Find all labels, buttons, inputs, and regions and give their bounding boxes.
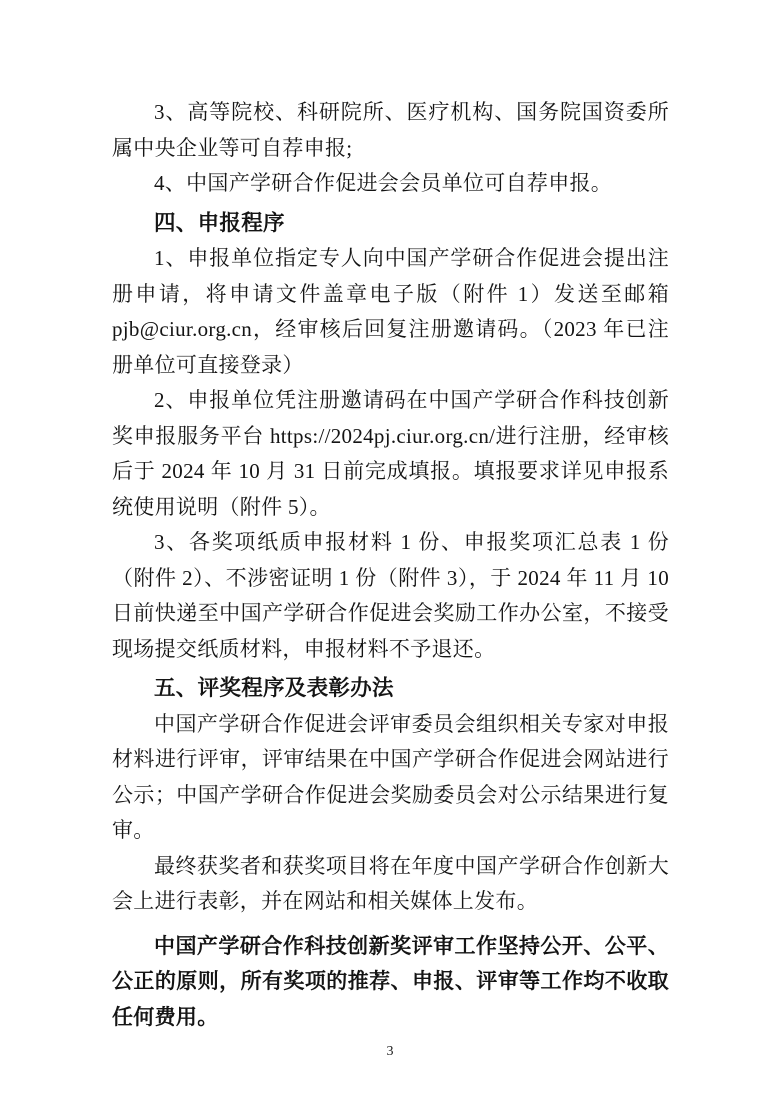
- page-footer: 3: [0, 1042, 780, 1062]
- paragraph-evaluation-process: 中国产学研合作促进会评审委员会组织相关专家对申报材料进行评审，评审结果在中国产学…: [112, 707, 669, 849]
- paragraph-step-2-platform-filing: 2、申报单位凭注册邀请码在中国产学研合作科技创新奖申报服务平台 https://…: [112, 383, 669, 525]
- section-heading-evaluation-commendation: 五、评奖程序及表彰办法: [112, 671, 669, 707]
- paragraph-step-3-paper-materials: 3、各奖项纸质申报材料 1 份、申报奖项汇总表 1 份（附件 2）、不涉密证明 …: [112, 525, 669, 667]
- paragraph-item-3-self-nomination: 3、高等院校、科研院所、医疗机构、国务院国资委所属中央企业等可自荐申报;: [112, 95, 669, 166]
- page-number: 3: [387, 1044, 394, 1059]
- paragraph-step-1-registration: 1、申报单位指定专人向中国产学研合作促进会提出注册申请，将申请文件盖章电子版（附…: [112, 241, 669, 383]
- document-page: 3、高等院校、科研院所、医疗机构、国务院国资委所属中央企业等可自荐申报; 4、中…: [0, 0, 780, 1102]
- paragraph-item-4-member-units: 4、中国产学研合作促进会会员单位可自荐申报。: [112, 166, 669, 202]
- section-heading-application-procedure: 四、申报程序: [112, 206, 669, 242]
- paragraph-award-announcement: 最终获奖者和获奖项目将在年度中国产学研合作创新大会上进行表彰，并在网站和相关媒体…: [112, 849, 669, 920]
- document-body: 3、高等院校、科研院所、医疗机构、国务院国资委所属中央企业等可自荐申报; 4、中…: [112, 95, 669, 1035]
- paragraph-no-fees-notice: 中国产学研合作科技创新奖评审工作坚持公开、公平、公正的原则，所有奖项的推荐、申报…: [112, 929, 669, 1036]
